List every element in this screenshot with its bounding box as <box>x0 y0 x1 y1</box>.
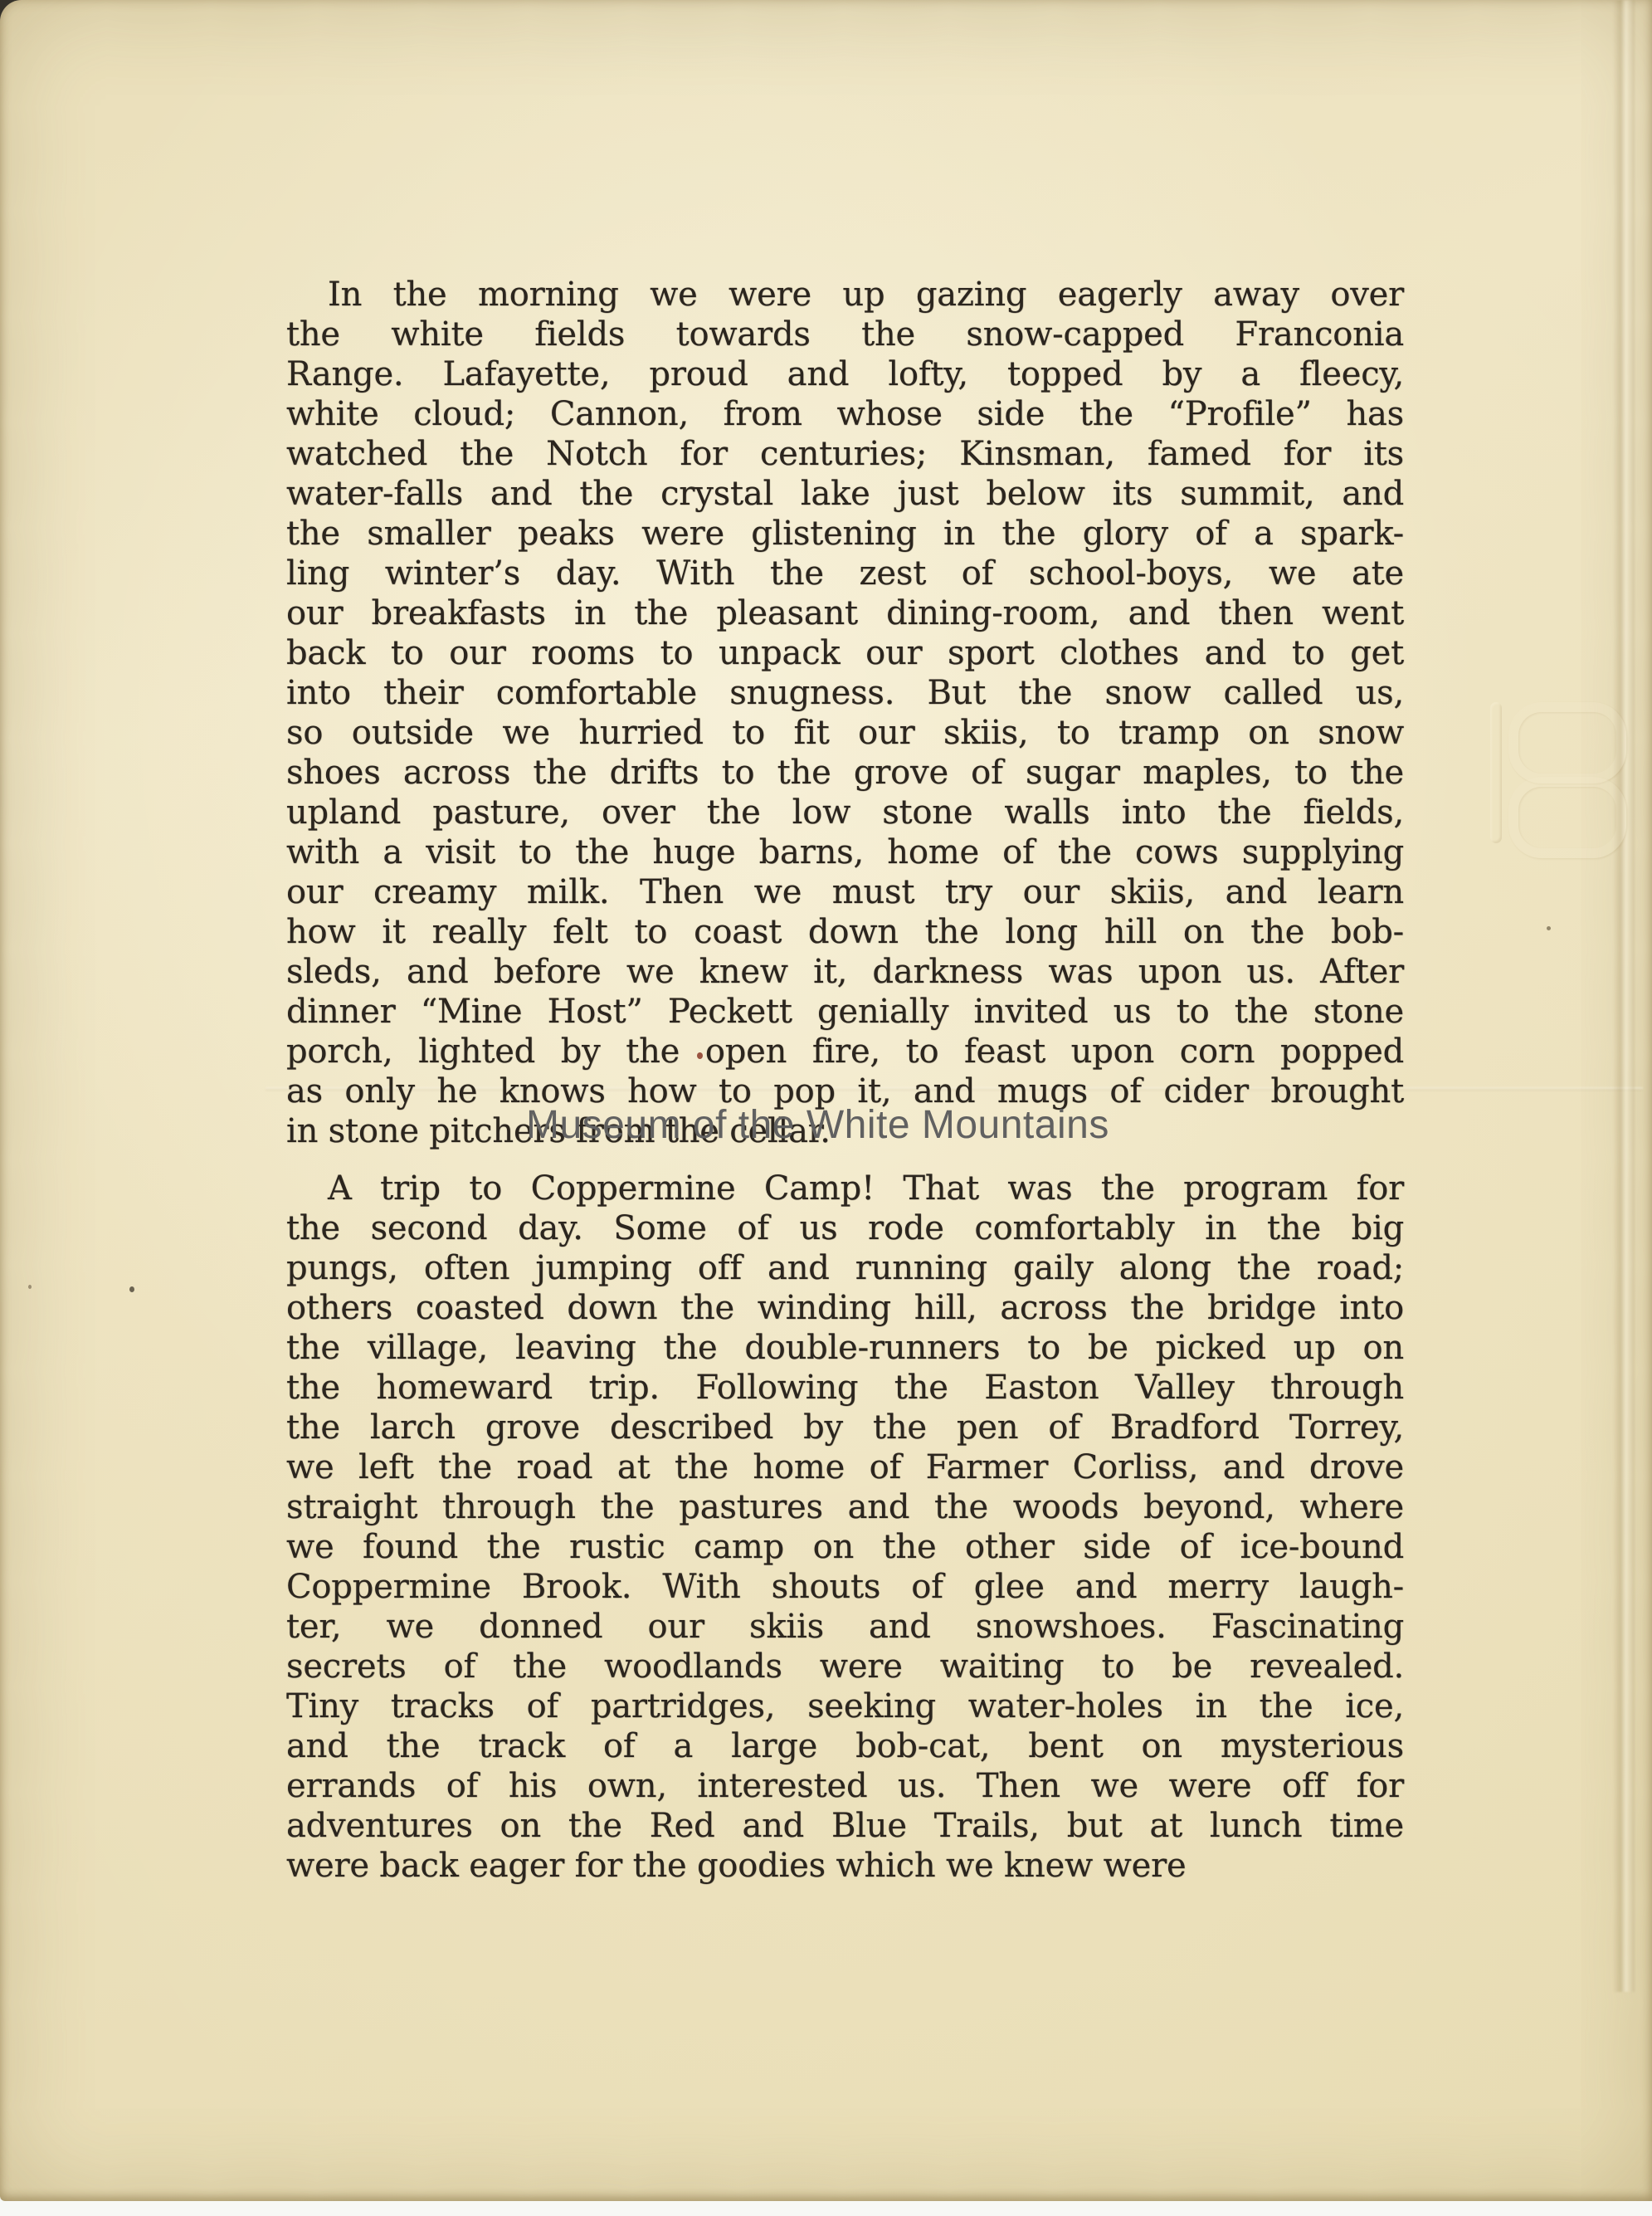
text-line: so outside we hurried to fit our skiis, … <box>286 713 1404 753</box>
paper-speck <box>28 1285 32 1289</box>
text-line: others coasted down the winding hill, ac… <box>286 1288 1404 1328</box>
text-line: our breakfasts in the pleasant dining-ro… <box>286 593 1404 633</box>
text-line: back to our rooms to unpack our sport cl… <box>286 633 1404 673</box>
paragraph-1: In the morning we were up gazing eagerly… <box>286 275 1404 1151</box>
scan-background: { "page": { "paper_color": "#ece1bd", "i… <box>0 0 1652 2216</box>
text-line: ling winter’s day. With the zest of scho… <box>286 554 1404 593</box>
text-line: white cloud; Cannon, from whose side the… <box>286 394 1404 434</box>
text-line: our creamy milk. Then we must try our sk… <box>286 872 1404 912</box>
library-watermark-text: Museum of the White Mountains <box>526 1106 1109 1145</box>
text-line: with a visit to the huge barns, home of … <box>286 832 1404 872</box>
text-line: were back eager for the goodies which we… <box>286 1846 1404 1886</box>
text-line: the village, leaving the double-runners … <box>286 1328 1404 1368</box>
text-line: errands of his own, interested us. Then … <box>286 1766 1404 1806</box>
text-line: how it really felt to coast down the lon… <box>286 912 1404 952</box>
text-line: Tiny tracks of partridges, seeking water… <box>286 1686 1404 1726</box>
text-line: pungs, often jumping off and running gai… <box>286 1248 1404 1288</box>
text-block: In the morning we were up gazing eagerly… <box>286 275 1404 1886</box>
text-line: the smaller peaks were glistening in the… <box>286 514 1404 554</box>
paper-speck <box>1547 926 1551 930</box>
text-line: A trip to Coppermine Camp! That was the … <box>286 1169 1404 1208</box>
text-line: water-falls and the crystal lake just be… <box>286 474 1404 514</box>
text-line: In the morning we were up gazing eagerly… <box>286 275 1404 315</box>
scanned-page: In the morning we were up gazing eagerly… <box>0 0 1652 2201</box>
text-line: the homeward trip. Following the Easton … <box>286 1368 1404 1408</box>
text-line: watched the Notch for centuries; Kinsman… <box>286 434 1404 474</box>
text-line: adventures on the Red and Blue Trails, b… <box>286 1806 1404 1846</box>
embossed-seal-stem <box>1490 702 1502 843</box>
right-edge-crease <box>1613 0 1635 1992</box>
text-line: secrets of the woodlands were waiting to… <box>286 1647 1404 1686</box>
embossed-seal <box>1484 699 1625 857</box>
text-line: shoes across the drifts to the grove of … <box>286 753 1404 793</box>
text-line: we found the rustic camp on the other si… <box>286 1527 1404 1567</box>
text-line: porch, lighted by the open fire, to feas… <box>286 1032 1404 1071</box>
text-line: straight through the pastures and the wo… <box>286 1487 1404 1527</box>
text-line: Range. Lafayette, proud and lofty, toppe… <box>286 354 1404 394</box>
paper-speck <box>129 1286 134 1292</box>
text-line: the white fields towards the snow-capped… <box>286 315 1404 354</box>
text-line: the larch grove described by the pen of … <box>286 1408 1404 1447</box>
embossed-seal-bump-top <box>1508 702 1626 783</box>
text-line: ter, we donned our skiis and snowshoes. … <box>286 1607 1404 1647</box>
text-line: Coppermine Brook. With shouts of glee an… <box>286 1567 1404 1607</box>
text-line: and the track of a large bob-cat, bent o… <box>286 1726 1404 1766</box>
text-line: we left the road at the home of Farmer C… <box>286 1447 1404 1487</box>
embossed-seal-bump-bottom <box>1508 777 1626 858</box>
text-line: the second day. Some of us rode comforta… <box>286 1208 1404 1248</box>
paragraph-2: A trip to Coppermine Camp! That was the … <box>286 1169 1404 1886</box>
text-line: sleds, and before we knew it, darkness w… <box>286 952 1404 992</box>
text-line: into their comfortable snugness. But the… <box>286 673 1404 713</box>
text-line: upland pasture, over the low stone walls… <box>286 793 1404 832</box>
text-line: dinner “Mine Host” Peckett genially invi… <box>286 992 1404 1032</box>
